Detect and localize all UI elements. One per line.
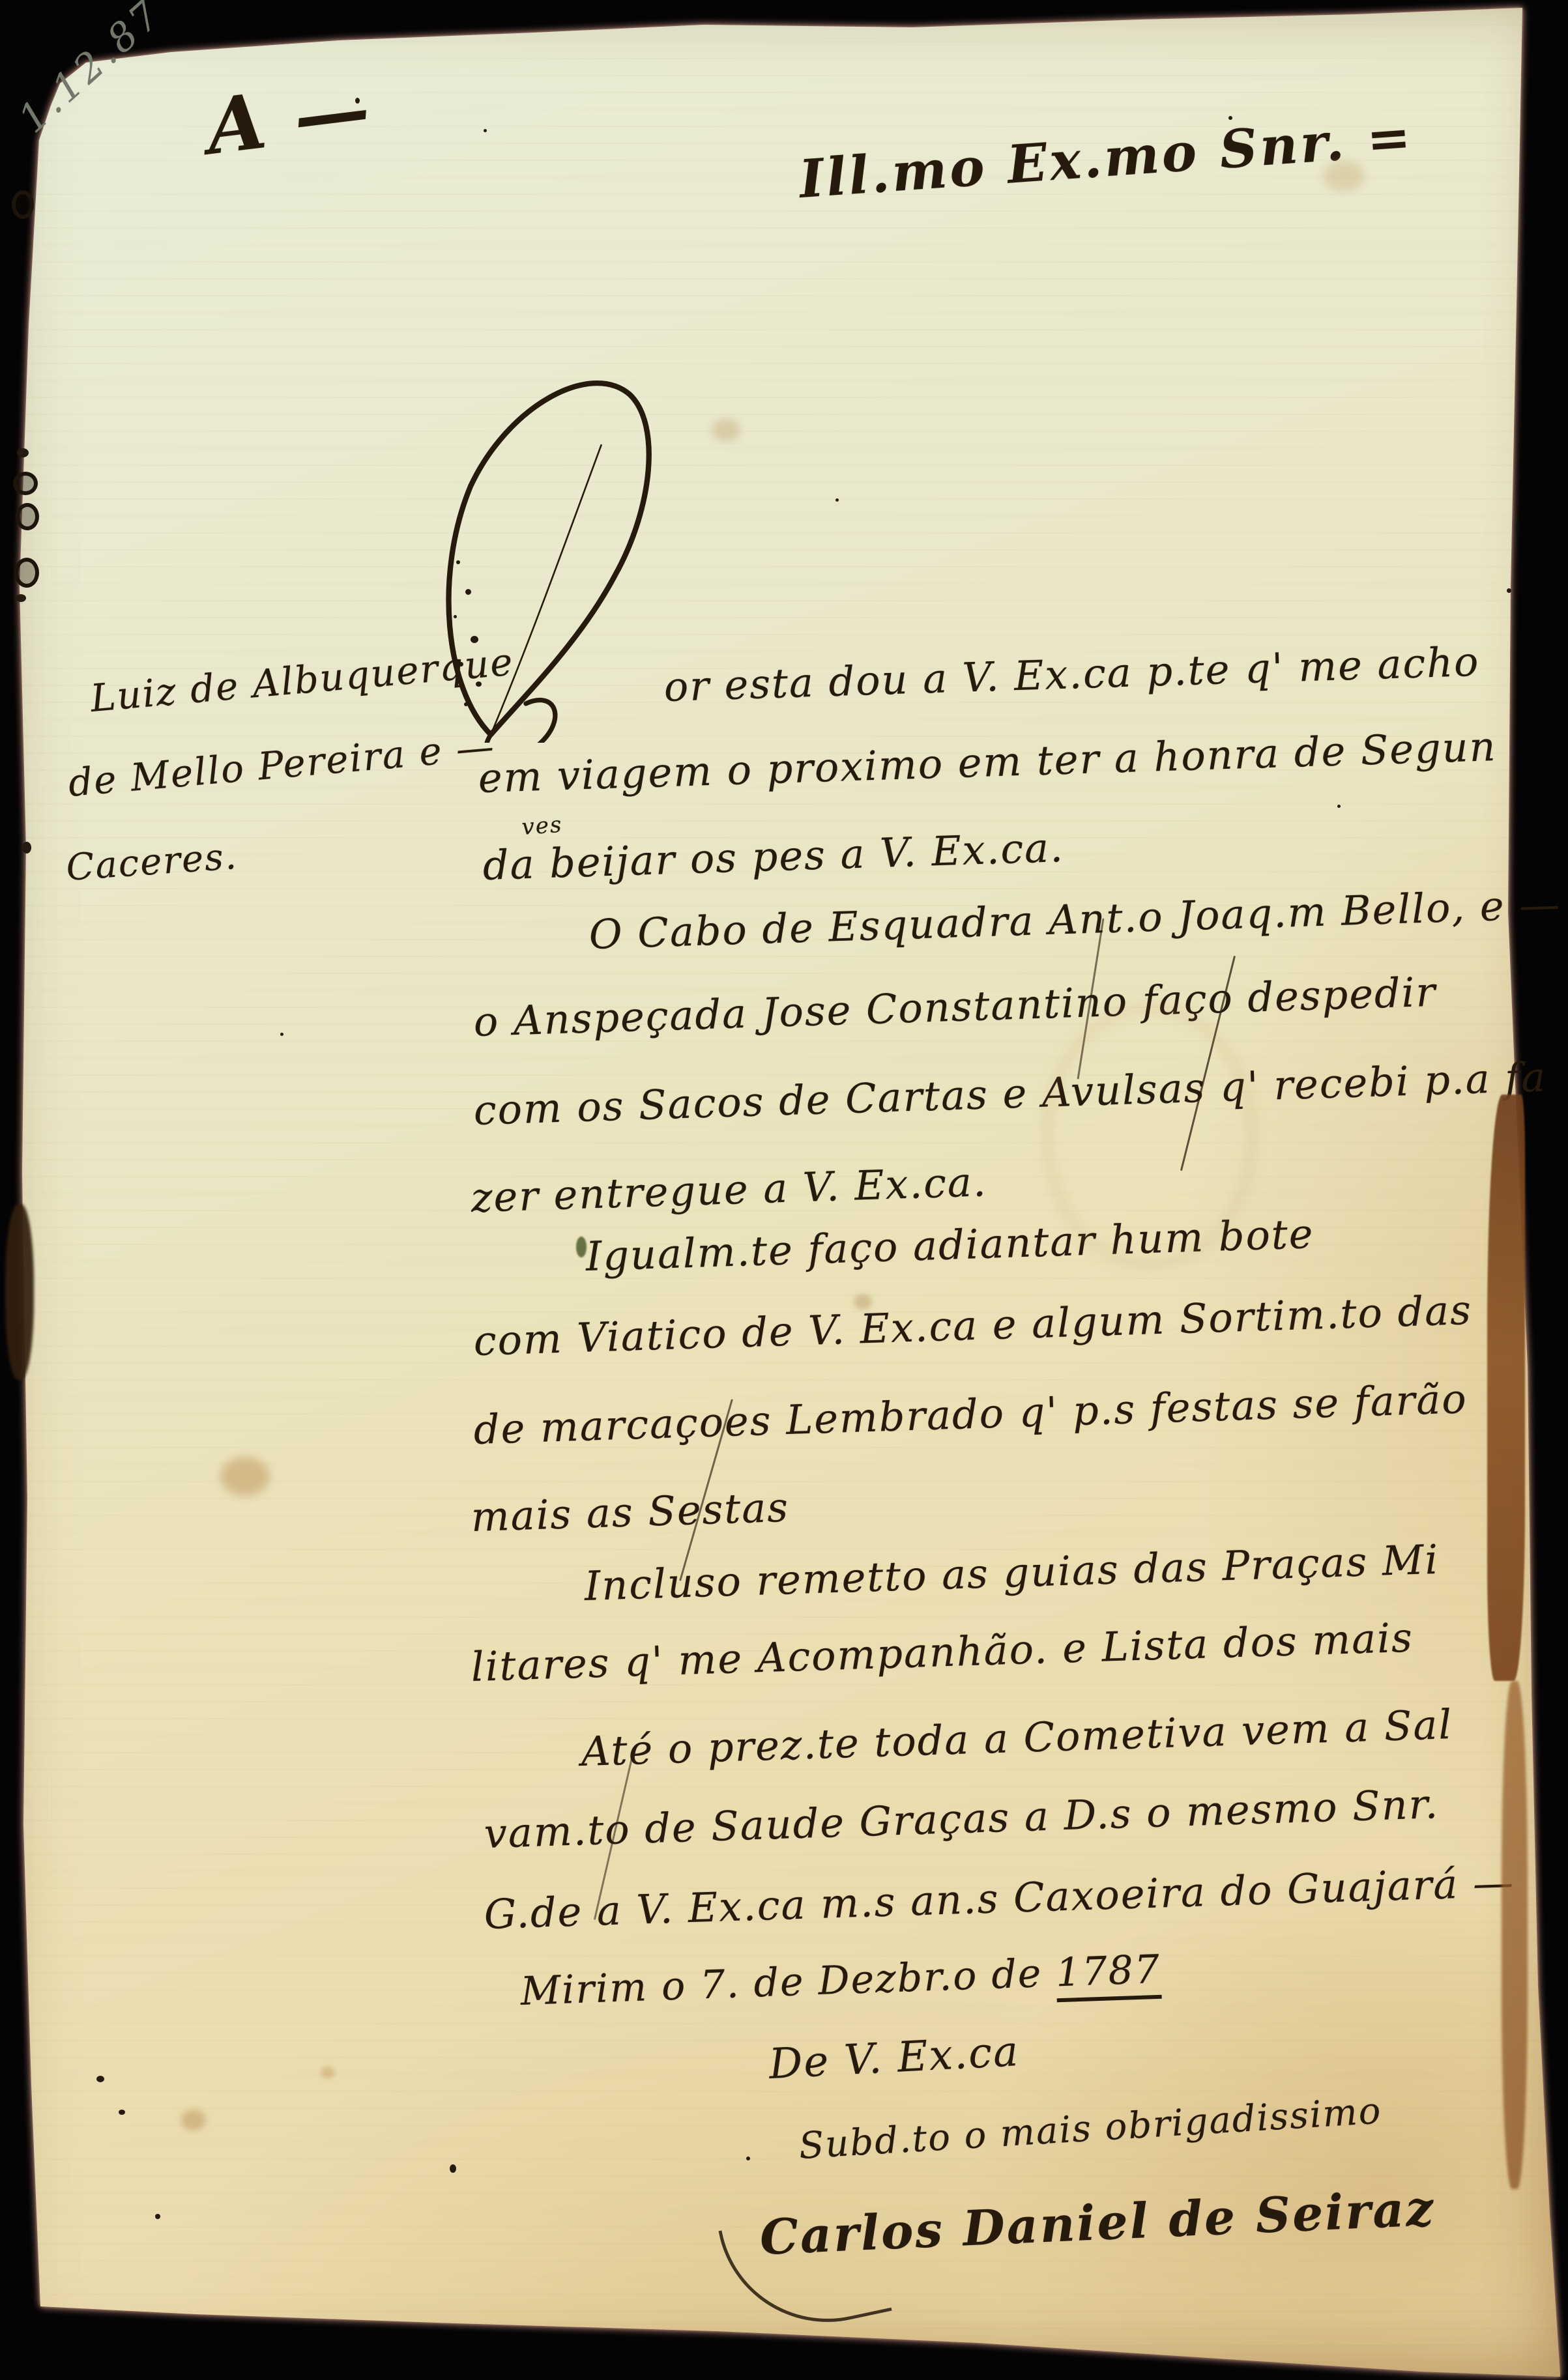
paper-speck [1337,805,1341,808]
foxing-spot [220,1457,270,1496]
foxing-spot [181,2110,206,2130]
body-superscript-insert: ves [521,812,563,840]
paper-speck [484,129,487,132]
drop-cap-initial [422,365,670,743]
paper-speck [835,498,839,502]
binding-mark [17,448,29,457]
ink-spatter [471,636,478,643]
binding-hole [14,558,39,588]
foxing-spot [712,418,740,442]
paper-speck [1228,116,1232,120]
paper-speck [96,2076,104,2082]
binding-mark [16,594,26,602]
paper-speck [119,2110,125,2115]
foxing-spot [854,1294,872,1310]
dateline-year: 1787 [1055,1947,1161,2003]
left-edge-blotch [5,1204,34,1380]
ink-spatter [465,589,471,595]
paper-speck [746,2157,750,2160]
ink-spatter [456,560,460,564]
foxing-spot [321,2067,335,2078]
paper-speck [450,2164,456,2173]
ink-spatter [464,702,468,706]
body-line: mais as Sestas [471,1484,790,1541]
ink-fleck [576,1237,587,1257]
ink-spatter [459,662,463,667]
binding-hole [12,190,34,219]
paper-speck [280,1033,283,1036]
ink-spatter [454,615,457,618]
foxing-spot [1323,160,1365,192]
ink-spatter [476,681,482,687]
paper-speck [355,98,360,104]
binding-hole [16,503,39,530]
water-ring-stain [1043,1003,1256,1269]
paper-speck [155,2214,160,2219]
paper-speck [1507,588,1511,593]
right-edge-rust-stain [1487,1095,1525,1681]
right-edge-rust-stain [1502,1681,1528,2189]
binding-hole [13,472,38,495]
binding-mark [22,842,31,853]
